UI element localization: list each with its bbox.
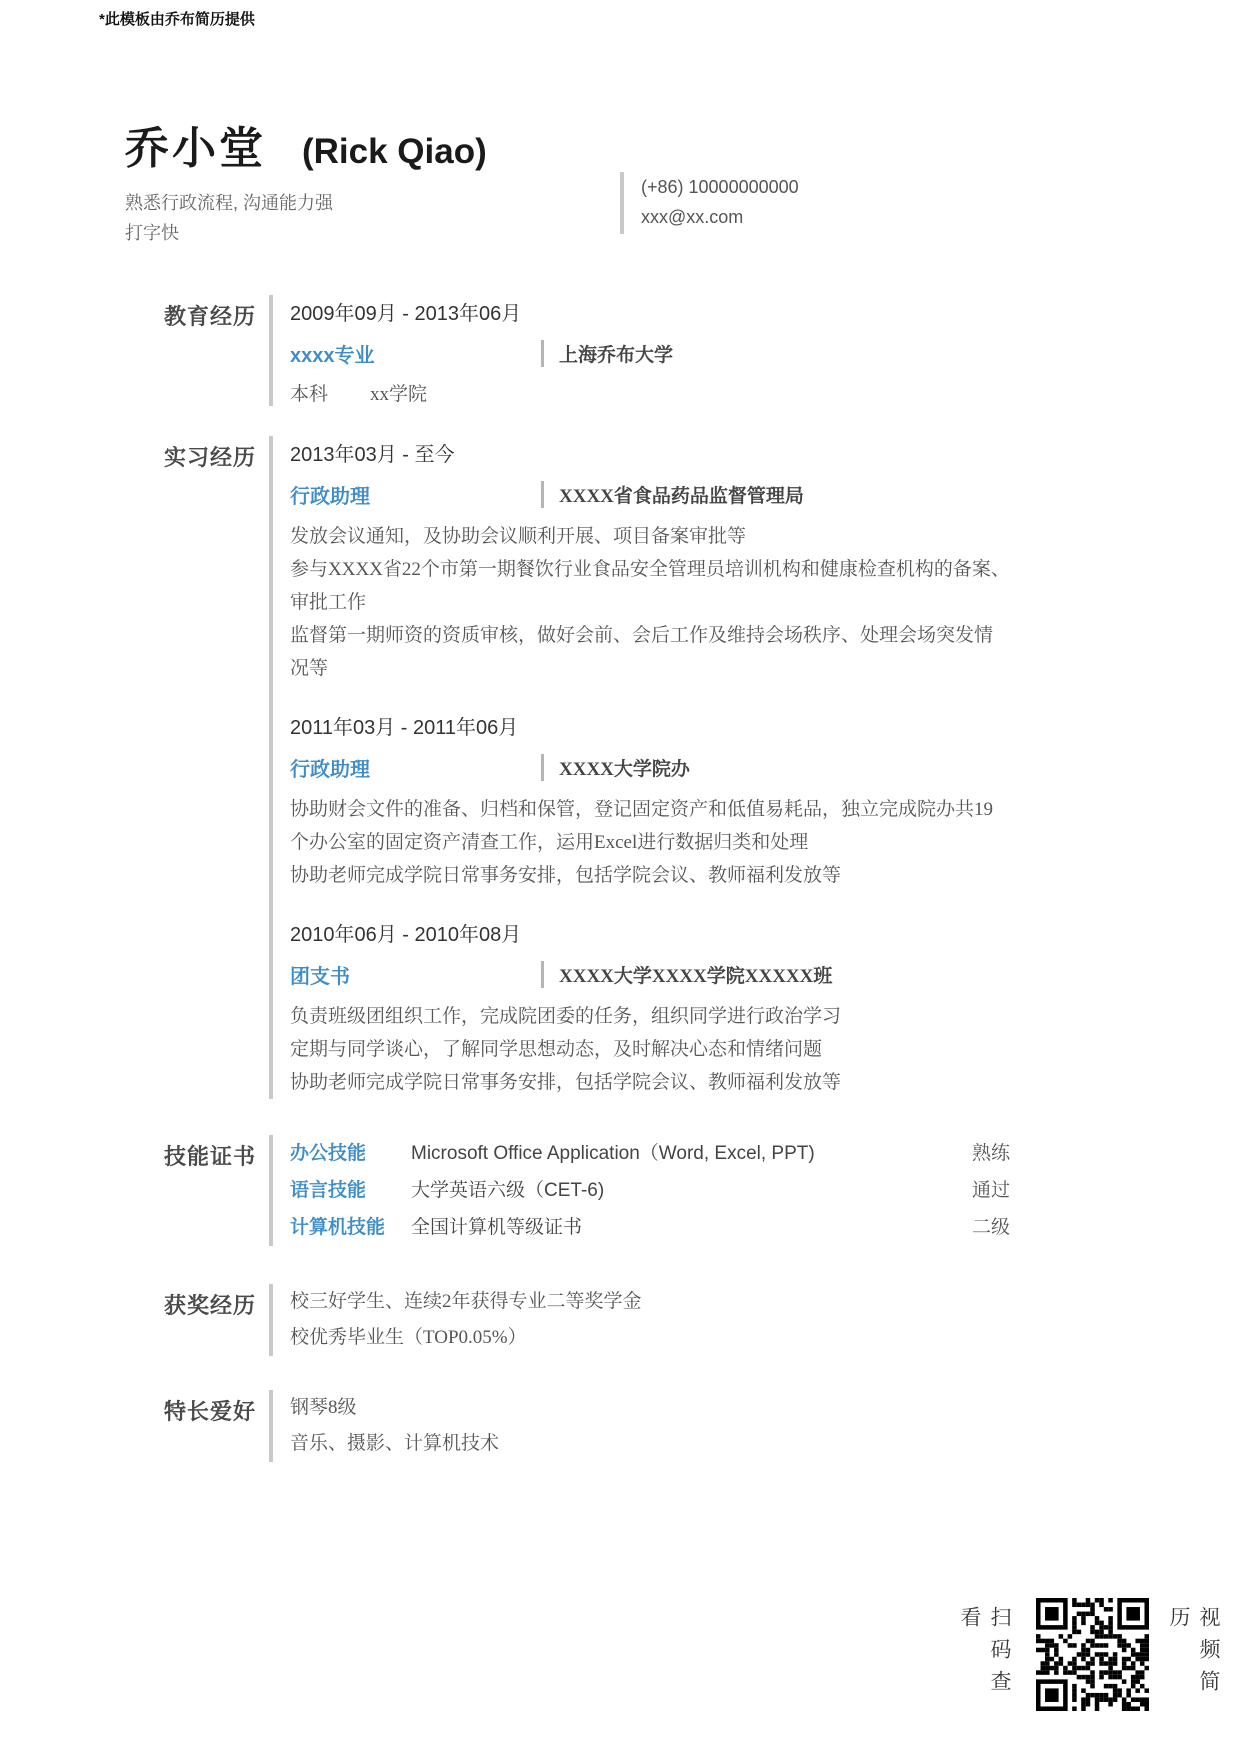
internship-date-range: 2010年06月 - 2010年08月 xyxy=(290,918,1010,947)
education-content: 2009年09月 - 2013年06月 xxxx专业 上海乔布大学 本科 xx学… xyxy=(273,295,1010,406)
internship-entry-head: 行政助理 XXXX大学院办 xyxy=(290,753,1010,782)
section-education: 教育经历 2009年09月 - 2013年06月 xxxx专业 上海乔布大学 本… xyxy=(125,295,1010,406)
candidate-name: 乔小堂 xyxy=(125,112,266,176)
skill-name: 语言技能 xyxy=(290,1172,411,1209)
qr-code xyxy=(1036,1598,1149,1711)
college-name: xx学院 xyxy=(370,379,427,406)
section-internship: 实习经历 2013年03月 - 至今 行政助理 XXXX省食品药品监督管理局 发… xyxy=(125,436,1010,1099)
skill-level: 通过 xyxy=(972,1172,1010,1209)
section-awards: 获奖经历 校三好学生、连续2年获得专业二等奖学金 校优秀毕业生（TOP0.05%… xyxy=(125,1284,1010,1356)
bullet-list: 发放会议通知，及协助会议顺利开展、项目备案审批等 参与XXXX省22个市第一期餐… xyxy=(290,520,1010,685)
awards-content: 校三好学生、连续2年获得专业二等奖学金 校优秀毕业生（TOP0.05%） xyxy=(273,1284,1010,1356)
organization-name: XXXX省食品药品监督管理局 xyxy=(544,481,804,508)
name-row: 乔小堂 (Rick Qiao) xyxy=(125,112,1115,176)
qr-caption-left: 扫码查看 xyxy=(955,1606,1015,1731)
internship-entry-head: 行政助理 XXXX省食品药品监督管理局 xyxy=(290,480,1010,509)
skill-row: 办公技能 Microsoft Office Application（Word, … xyxy=(290,1135,1010,1172)
phone-number: (+86) 10000000000 xyxy=(641,172,799,202)
section-label-education: 教育经历 xyxy=(125,295,256,406)
section-label-hobbies: 特长爱好 xyxy=(125,1390,256,1462)
contact-divider xyxy=(620,172,624,234)
job-title: 行政助理 xyxy=(290,480,541,509)
bullet-line: 协助老师完成学院日常事务安排，包括学院会议、教师福利发放等 xyxy=(290,1066,1010,1099)
section-label-awards: 获奖经历 xyxy=(125,1284,256,1356)
candidate-name-english: (Rick Qiao) xyxy=(302,132,487,172)
internship-entry: 2011年03月 - 2011年06月 行政助理 XXXX大学院办 协助财会文件… xyxy=(290,711,1010,892)
organization-name: XXXX大学XXXX学院XXXXX班 xyxy=(544,961,832,988)
award-line: 校三好学生、连续2年获得专业二等奖学金 xyxy=(290,1284,1010,1320)
internship-content: 2013年03月 - 至今 行政助理 XXXX省食品药品监督管理局 发放会议通知… xyxy=(273,436,1010,1099)
resume-page: *此模板由乔布简历提供 乔小堂 (Rick Qiao) 熟悉行政流程, 沟通能力… xyxy=(0,0,1241,1754)
sections-container: 教育经历 2009年09月 - 2013年06月 xxxx专业 上海乔布大学 本… xyxy=(125,295,1010,1492)
skill-desc: 全国计算机等级证书 xyxy=(411,1209,972,1246)
bullet-list: 负责班级团组织工作，完成院团委的任务，组织同学进行政治学习 定期与同学谈心，了解… xyxy=(290,1000,1010,1099)
education-date-range: 2009年09月 - 2013年06月 xyxy=(290,297,1010,326)
skill-name: 办公技能 xyxy=(290,1135,411,1172)
internship-date-range: 2013年03月 - 至今 xyxy=(290,438,1010,467)
degree: 本科 xyxy=(290,379,370,406)
internship-entry: 2010年06月 - 2010年08月 团支书 XXXX大学XXXX学院XXXX… xyxy=(290,918,1010,1099)
qr-caption-right: 视频简历 xyxy=(1164,1606,1224,1731)
bullet-line: 发放会议通知，及协助会议顺利开展、项目备案审批等 xyxy=(290,520,1010,553)
bullet-line: 协助老师完成学院日常事务安排，包括学院会议、教师福利发放等 xyxy=(290,859,1010,892)
skill-level: 熟练 xyxy=(972,1135,1010,1172)
skill-row: 语言技能 大学英语六级（CET-6) 通过 xyxy=(290,1172,1010,1209)
section-label-skills: 技能证书 xyxy=(125,1135,256,1246)
skill-desc: Microsoft Office Application（Word, Excel… xyxy=(411,1135,972,1172)
skill-row: 计算机技能 全国计算机等级证书 二级 xyxy=(290,1209,1010,1246)
education-entry-head: xxxx专业 上海乔布大学 xyxy=(290,339,1010,368)
major-name: xxxx专业 xyxy=(290,339,541,368)
job-title: 团支书 xyxy=(290,960,541,989)
skills-content: 办公技能 Microsoft Office Application（Word, … xyxy=(273,1135,1010,1246)
job-title: 行政助理 xyxy=(290,753,541,782)
bullet-line: 监督第一期师资的资质审核，做好会前、会后工作及维持会场秩序、处理会场突发情况等 xyxy=(290,619,1010,685)
section-skills: 技能证书 办公技能 Microsoft Office Application（W… xyxy=(125,1135,1010,1246)
internship-date-range: 2011年03月 - 2011年06月 xyxy=(290,711,1010,740)
contact-lines: (+86) 10000000000 xxx@xx.com xyxy=(641,172,799,234)
skill-level: 二级 xyxy=(972,1209,1010,1246)
hobbies-content: 钢琴8级 音乐、摄影、计算机技术 xyxy=(273,1390,1010,1462)
qr-block: 扫码查看 视频简历 xyxy=(955,1598,1224,1731)
organization-name: XXXX大学院办 xyxy=(544,754,690,781)
section-hobbies: 特长爱好 钢琴8级 音乐、摄影、计算机技术 xyxy=(125,1390,1010,1462)
award-line: 校优秀毕业生（TOP0.05%） xyxy=(290,1320,1010,1356)
section-label-internship: 实习经历 xyxy=(125,436,256,1099)
bullet-line: 负责班级团组织工作，完成院团委的任务，组织同学进行政治学习 xyxy=(290,1000,1010,1033)
hobby-line: 音乐、摄影、计算机技术 xyxy=(290,1426,1010,1462)
hobby-line: 钢琴8级 xyxy=(290,1390,1010,1426)
internship-entry-head: 团支书 XXXX大学XXXX学院XXXXX班 xyxy=(290,960,1010,989)
contact-block: (+86) 10000000000 xxx@xx.com xyxy=(620,172,799,234)
bullet-line: 参与XXXX省22个市第一期餐饮行业食品安全管理员培训机构和健康检查机构的备案、… xyxy=(290,553,1010,619)
email-address: xxx@xx.com xyxy=(641,202,799,232)
bullet-list: 协助财会文件的准备、归档和保管，登记固定资产和低值易耗品，独立完成院办共19个办… xyxy=(290,793,1010,892)
bullet-line: 定期与同学谈心，了解同学思想动态，及时解决心态和情绪问题 xyxy=(290,1033,1010,1066)
school-name: 上海乔布大学 xyxy=(544,340,673,367)
bullet-line: 协助财会文件的准备、归档和保管，登记固定资产和低值易耗品，独立完成院办共19个办… xyxy=(290,793,1010,859)
skill-name: 计算机技能 xyxy=(290,1209,411,1246)
template-watermark: *此模板由乔布简历提供 xyxy=(99,8,255,29)
degree-row: 本科 xx学院 xyxy=(290,379,1010,406)
skill-desc: 大学英语六级（CET-6) xyxy=(411,1172,972,1209)
internship-entry: 2013年03月 - 至今 行政助理 XXXX省食品药品监督管理局 发放会议通知… xyxy=(290,438,1010,685)
